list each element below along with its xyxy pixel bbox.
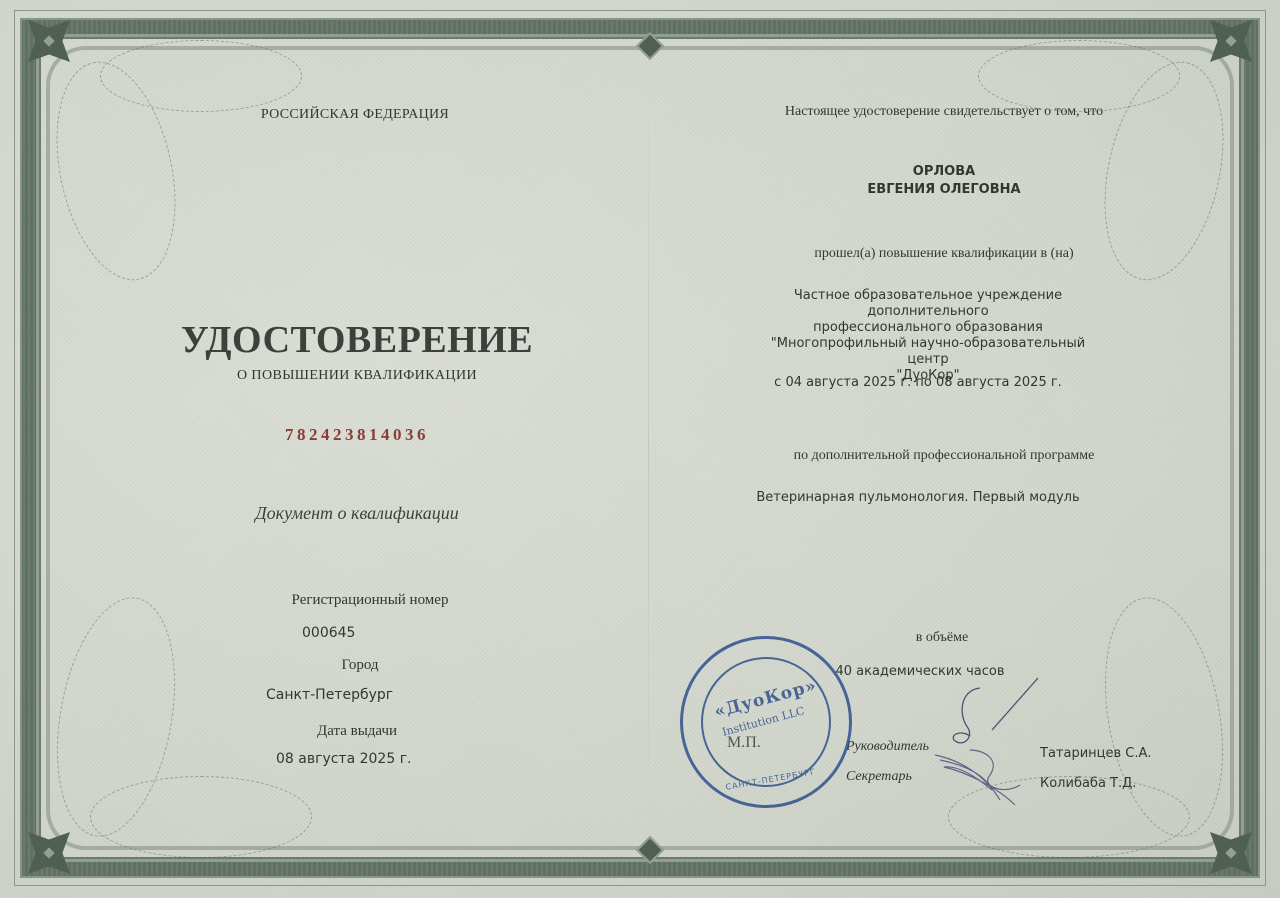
guilloche-ornament <box>100 40 302 112</box>
document-title: УДОСТОВЕРЕНИЕ <box>181 318 533 362</box>
certification-intro: Настоящее удостоверение свидетельствует … <box>785 104 1103 120</box>
seal-place-mark: М.П. <box>727 734 761 752</box>
country-name: РОССИЙСКАЯ ФЕДЕРАЦИЯ <box>261 107 449 123</box>
serial-number: 782423814036 <box>285 425 429 445</box>
signatory-role-secretary: Секретарь <box>846 769 912 785</box>
certificate-spread: РОССИЙСКАЯ ФЕДЕРАЦИЯ УДОСТОВЕРЕНИЕ О ПОВ… <box>0 0 1280 898</box>
registration-number: 000645 <box>302 625 355 641</box>
city-label: Город <box>341 657 378 674</box>
holder-given-names: ЕВГЕНИЯ ОЛЕГОВНА <box>867 182 1020 197</box>
issue-date: 08 августа 2025 г. <box>276 751 412 767</box>
issue-date-label: Дата выдачи <box>317 723 397 740</box>
program-label: по дополнительной профессиональной прогр… <box>794 448 1095 464</box>
volume-label: в объёме <box>916 630 968 646</box>
training-statement: прошел(а) повышение квалификации в (на) <box>814 246 1073 262</box>
signatory-name-secretary: Колибаба Т.Д. <box>1040 776 1136 791</box>
signatory-name-director: Татаринцев С.А. <box>1040 746 1152 761</box>
registration-number-label: Регистрационный номер <box>292 592 449 609</box>
document-kind: Документ о квалификации <box>255 503 459 524</box>
page-fold <box>648 50 649 850</box>
guilloche-ornament <box>978 40 1180 112</box>
document-subtitle: О ПОВЫШЕНИИ КВАЛИФИКАЦИИ <box>237 368 477 384</box>
signatory-role-director: Руководитель <box>846 739 929 755</box>
official-seal: «ДуоКор» Institution LLC М.П. САНКТ-ПЕТЕ… <box>680 636 852 808</box>
program-name: Ветеринарная пульмонология. Первый модул… <box>756 490 1079 505</box>
city-value: Санкт-Петербург <box>266 687 393 703</box>
holder-surname: ОРЛОВА <box>913 164 975 179</box>
organization-name: Частное образовательное учреждение допол… <box>752 288 1104 384</box>
volume-hours: 40 академических часов <box>835 664 1004 679</box>
training-period: с 04 августа 2025 г. по 08 августа 2025 … <box>774 375 1062 390</box>
guilloche-ornament <box>90 776 312 858</box>
